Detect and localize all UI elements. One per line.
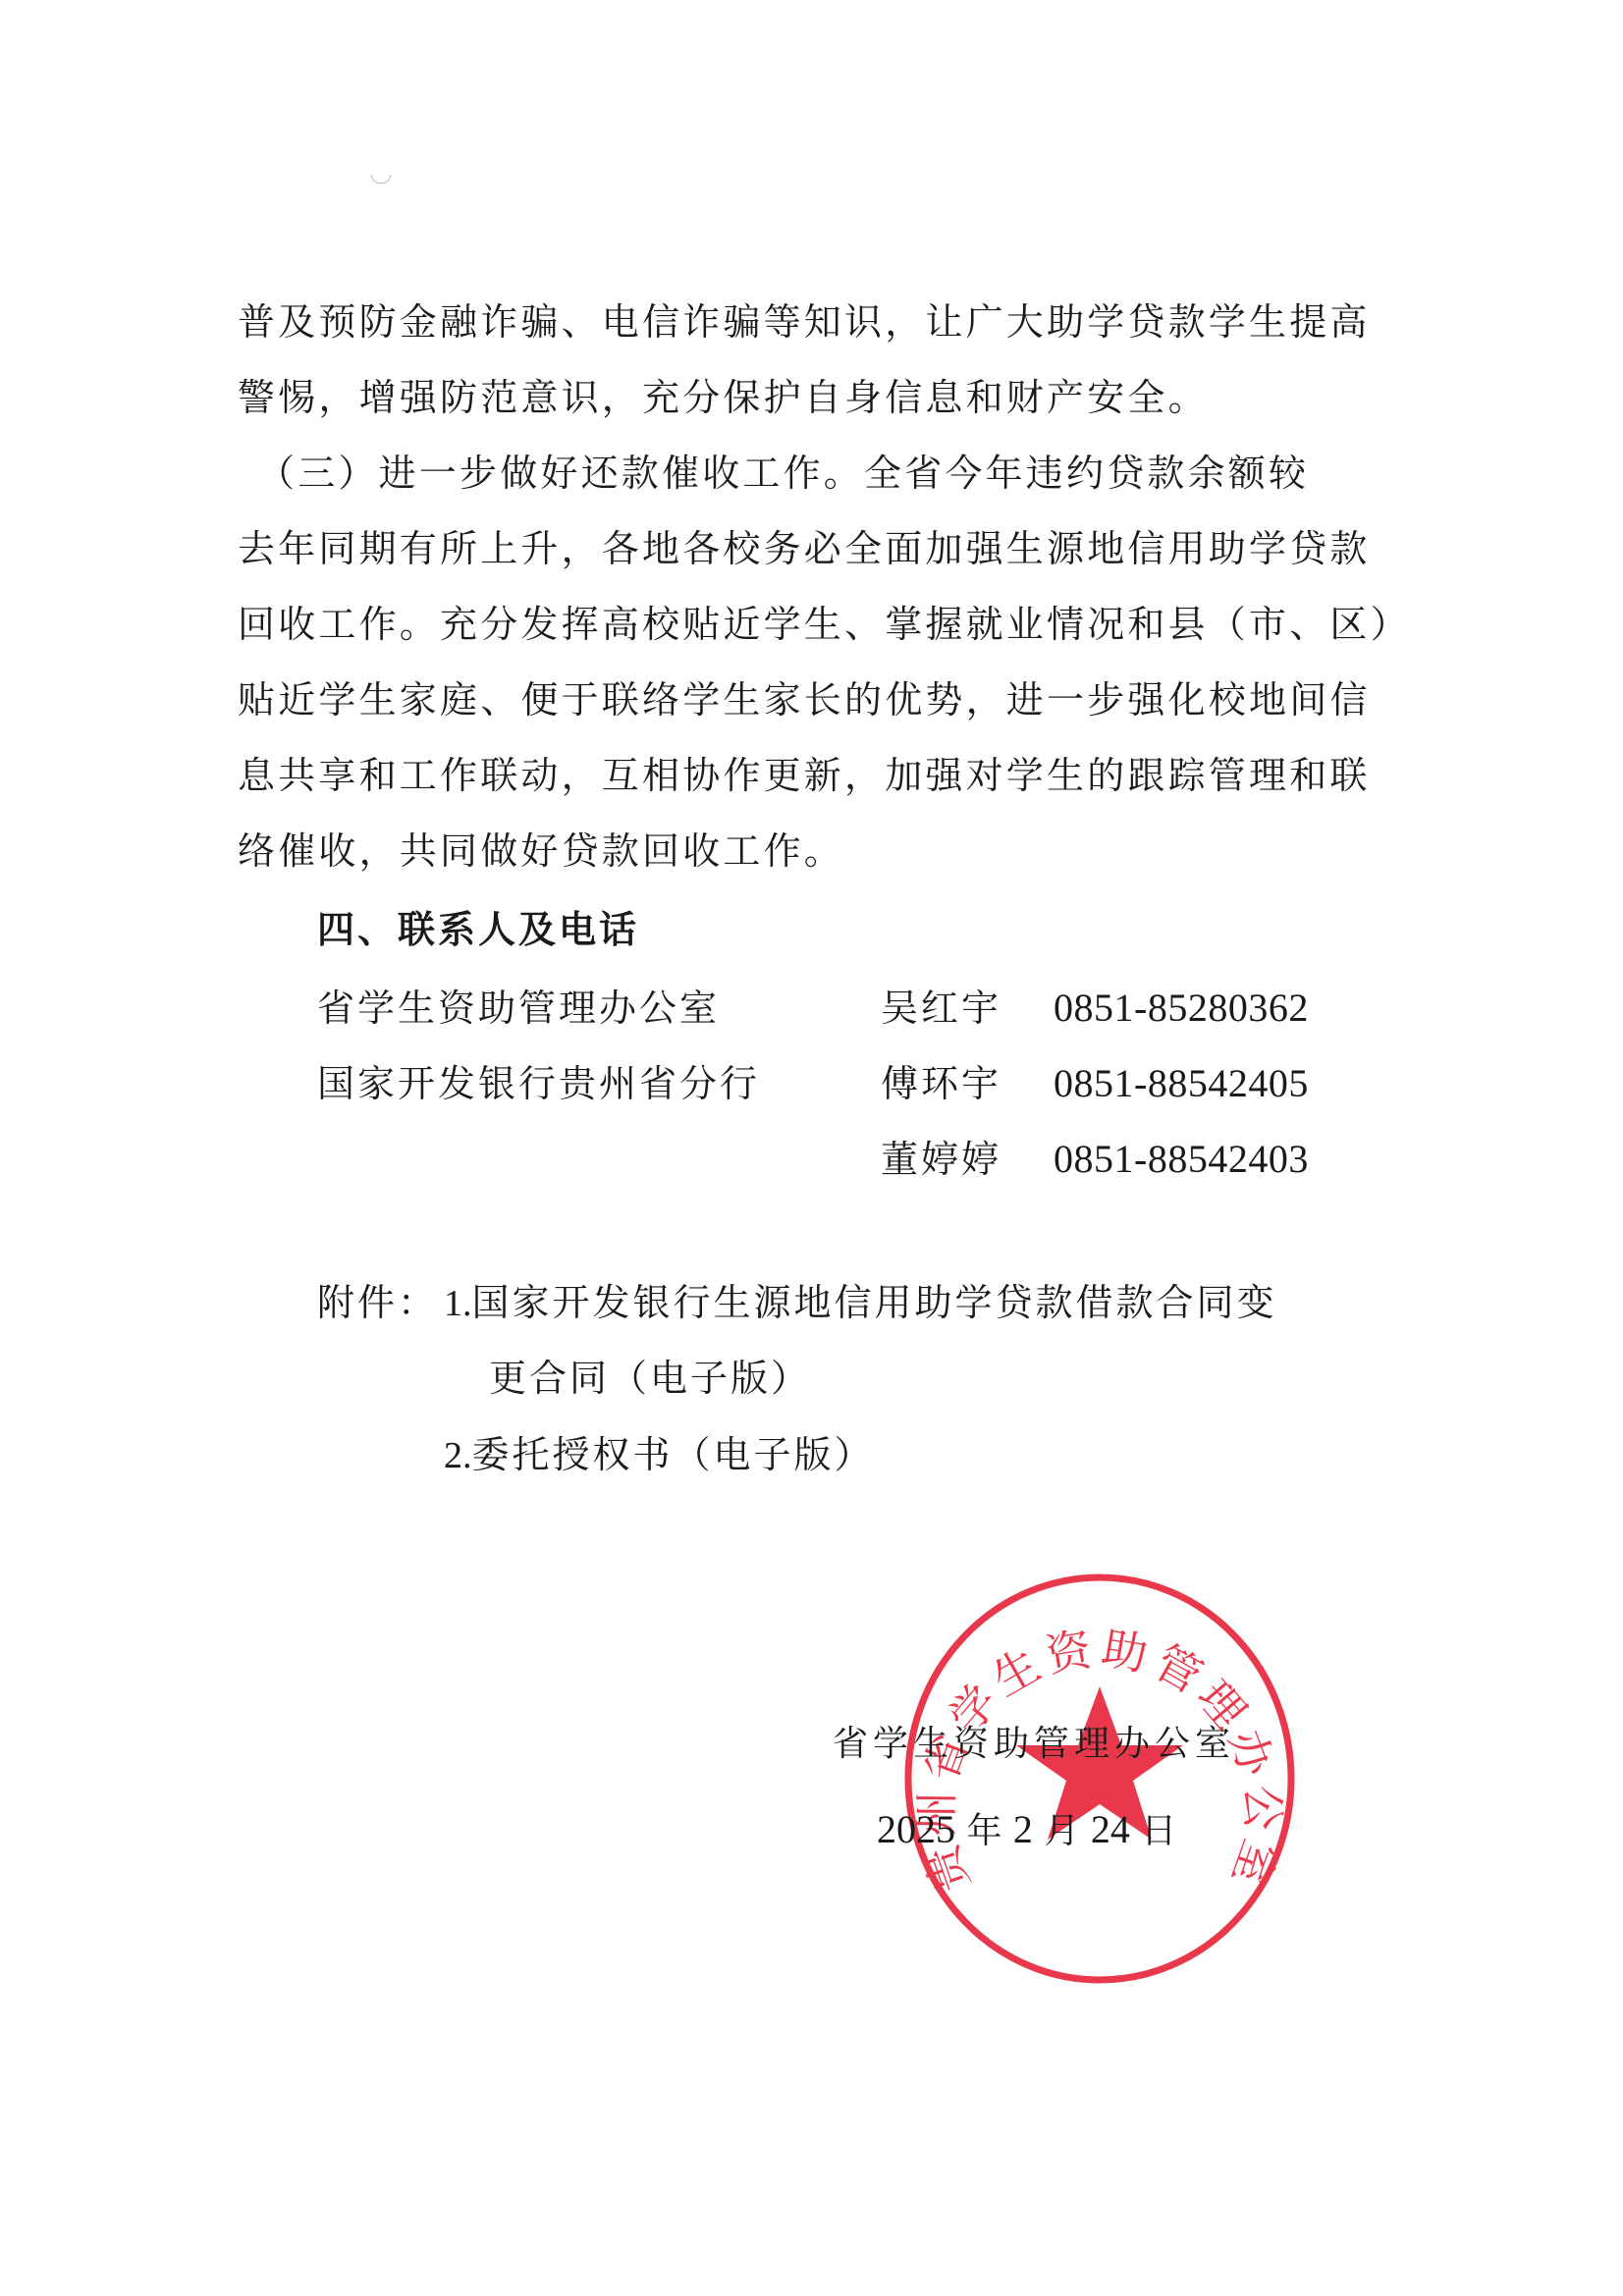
contact-name: 董婷婷	[881, 1138, 1001, 1181]
date-year: 2025	[877, 1807, 955, 1851]
section-three-line: 贴近学生家庭、便于联络学生家长的优势，进一步强化校地间信	[238, 678, 1371, 721]
contact-org: 省学生资助管理办公室	[317, 987, 720, 1030]
section-three-line: 络催收，共同做好贷款回收工作。	[238, 829, 844, 873]
attachment-title: 委托授权书（电子版）	[472, 1433, 875, 1476]
contact-org: 国家开发银行贵州省分行	[317, 1062, 760, 1105]
attachment-item: 1.国家开发银行生源地信用助学贷款借款合同变	[444, 1281, 1277, 1325]
signature-date: 2025 年 2 月 24 日	[877, 1808, 1176, 1853]
date-month-unit: 月	[1044, 1811, 1079, 1851]
section-three-line: （三）进一步做好还款催收工作。全省今年违约贷款余额较	[257, 452, 1309, 495]
section-heading: 四、联系人及电话	[317, 908, 639, 951]
date-month: 2	[1013, 1807, 1033, 1851]
date-day: 24	[1091, 1807, 1130, 1851]
attachments-label: 附件：	[317, 1281, 438, 1324]
contact-phone: 0851-88542405	[1054, 1062, 1309, 1105]
attachment-title: 国家开发银行生源地信用助学贷款借款合同变	[472, 1281, 1277, 1324]
official-seal: 贵州省学生资助管理办公室	[889, 1571, 1311, 1988]
body-line: 警惕，增强防范意识，充分保护自身信息和财产安全。	[238, 376, 1209, 419]
section-three-line: 去年同期有所上升，各地各校务必全面加强生源地信用助学贷款	[238, 527, 1371, 570]
scan-artifact	[371, 175, 391, 184]
date-day-unit: 日	[1141, 1811, 1176, 1851]
signature-org: 省学生资助管理办公室	[833, 1723, 1235, 1766]
attachment-title-continued: 更合同（电子版）	[489, 1357, 811, 1400]
date-year-unit: 年	[966, 1811, 1001, 1851]
contact-phone: 0851-85280362	[1054, 987, 1309, 1030]
section-three-line: 回收工作。充分发挥高校贴近学生、掌握就业情况和县（市、区）	[238, 603, 1411, 646]
contact-name: 吴红宇	[881, 987, 1001, 1030]
body-line: 普及预防金融诈骗、电信诈骗等知识，让广大助学贷款学生提高	[238, 300, 1371, 344]
contact-phone: 0851-88542403	[1054, 1138, 1309, 1181]
contact-name: 傅环宇	[881, 1062, 1001, 1105]
section-three-line: 息共享和工作联动，互相协作更新，加强对学生的跟踪管理和联	[238, 754, 1371, 797]
attachment-item: 2.委托授权书（电子版）	[444, 1433, 875, 1477]
attachment-number: 2.	[444, 1435, 472, 1476]
attachment-number: 1.	[444, 1283, 472, 1324]
